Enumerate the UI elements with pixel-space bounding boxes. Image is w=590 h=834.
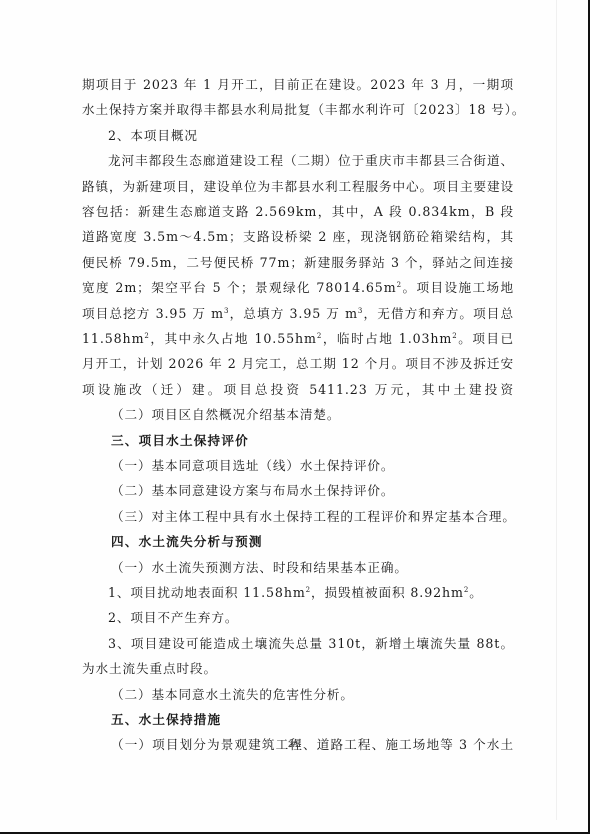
line-text: 2、项目不产生弃方。 — [108, 610, 238, 625]
line-text: 容包括：新建生态廊道支路 2.569km，其中，A 段 0.834km，B 段 … — [82, 204, 514, 220]
text-line: 项设施改（迁）建。项目总投资 5411.23 万元，其中土建投资 1245.18… — [82, 382, 514, 398]
text-line: 11.58hm2，其中永久占地 10.55hm2，临时占地 1.03hm2。项目… — [82, 331, 514, 347]
line-text: 便民桥 79.5m，二号便民桥 77m；新建服务驿站 3 个，驿站之间连接步道 … — [82, 255, 514, 271]
text-line: （二）基本同意水土流失的危害性分析。 — [111, 687, 514, 703]
line-text: 2、本项目概况 — [108, 128, 198, 143]
text-line: 龙河丰都段生态廊道建设工程（二期）位于重庆市丰都县三合街道、双 — [108, 153, 514, 169]
line-text: 1、项目扰动地表面积 11.58hm — [108, 585, 306, 600]
text-line: （一）基本同意项目选址（线）水土保持评价。 — [111, 458, 514, 474]
line-text: 项目总挖方 3.95 万 m — [82, 306, 224, 321]
line-text: 四、水土流失分析与预测 — [111, 534, 263, 549]
line-text: ，其中永久占地 10.55hm — [150, 331, 317, 346]
text-line: （二）项目区自然概况介绍基本清楚。 — [111, 407, 514, 423]
line-text: 龙河丰都段生态廊道建设工程（二期）位于重庆市丰都县三合街道、双 — [108, 153, 514, 169]
line-text: 。 — [469, 585, 483, 600]
line-text: 为水土流失重点时段。 — [82, 661, 217, 676]
line-text: （二）基本同意建设方案与布局水土保持评价。 — [111, 483, 394, 498]
line-text: ，损毁植被面积 8.92hm — [311, 585, 464, 600]
line-text: （二）基本同意水土流失的危害性分析。 — [111, 687, 354, 702]
text-line: 期项目于 2023 年 1 月开工，目前正在建设。2023 年 3 月，一期项目… — [82, 77, 514, 93]
line-text: 水土保持方案并取得丰都县水利局批复（丰都水利许可〔2023〕18 号）。 — [82, 102, 525, 117]
line-text: 五、水土保持措施 — [111, 712, 221, 727]
scan-artifact-line — [556, 0, 557, 820]
text-line: 容包括：新建生态廊道支路 2.569km，其中，A 段 0.834km，B 段 … — [82, 204, 514, 220]
line-text: ，临时占地 1.03hm — [322, 331, 452, 346]
line-text: 3、项目建设可能造成土壤流失总量 310t，新增土壤流失量 88t。施工期 — [108, 636, 514, 652]
line-text: （一）基本同意项目选址（线）水土保持评价。 — [111, 458, 394, 473]
text-line: 道路宽度 3.5m～4.5m；支路设桥梁 2 座，现浇钢筋砼箱梁结构，其中，一号 — [82, 229, 514, 245]
text-line: 路镇，为新建项目，建设单位为丰都县水利工程服务中心。项目主要建设内 — [82, 179, 514, 195]
line-text: 项设施改（迁）建。项目总投资 5411.23 万元，其中土建投资 1245.18… — [82, 382, 514, 398]
line-text: 宽度 2m；架空平台 5 个；景观绿化 78014.65m — [82, 280, 397, 295]
document-page: 期项目于 2023 年 1 月开工，目前正在建设。2023 年 3 月，一期项目… — [0, 0, 590, 834]
text-line: 3、项目建设可能造成土壤流失总量 310t，新增土壤流失量 88t。施工期 — [108, 636, 514, 652]
text-line: 便民桥 79.5m，二号便民桥 77m；新建服务驿站 3 个，驿站之间连接步道 … — [82, 255, 514, 271]
text-line: 宽度 2m；架空平台 5 个；景观绿化 78014.65m2。项目设施工场地 4… — [82, 280, 514, 296]
line-text: 三、项目水土保持评价 — [111, 433, 249, 448]
line-text: 道路宽度 3.5m～4.5m；支路设桥梁 2 座，现浇钢筋砼箱梁结构，其中，一号 — [82, 229, 514, 245]
section-heading: 四、水土流失分析与预测 — [111, 534, 514, 550]
line-text: （一）项目划分为景观建筑工程、道路工程、施工场地等 3 个水土流失 — [111, 737, 514, 753]
line-text: 11.58hm — [82, 331, 144, 346]
line-text: 期项目于 2023 年 1 月开工，目前正在建设。2023 年 3 月，一期项目… — [82, 77, 514, 93]
line-text: （二）项目区自然概况介绍基本清楚。 — [111, 407, 340, 422]
page-number: 2/5 — [288, 739, 301, 749]
line-text: （一）水土流失预测方法、时段和结果基本正确。 — [111, 560, 408, 575]
section-heading: 五、水土保持措施 — [111, 712, 514, 728]
text-line: 为水土流失重点时段。 — [82, 661, 514, 677]
text-line: 1、项目扰动地表面积 11.58hm2，损毁植被面积 8.92hm2。 — [108, 585, 514, 601]
text-line: （一）项目划分为景观建筑工程、道路工程、施工场地等 3 个水土流失 — [111, 737, 514, 753]
line-text: 路镇，为新建项目，建设单位为丰都县水利工程服务中心。项目主要建设内 — [82, 179, 514, 195]
section-heading: 三、项目水土保持评价 — [111, 433, 514, 449]
text-line: 2、本项目概况 — [108, 128, 514, 144]
text-line: 2、项目不产生弃方。 — [108, 610, 514, 626]
text-line: 水土保持方案并取得丰都县水利局批复（丰都水利许可〔2023〕18 号）。 — [82, 102, 514, 118]
line-text: ，总填方 3.95 万 m — [229, 306, 358, 321]
text-line: （三）对主体工程中具有水土保持工程的工程评价和界定基本合理。 — [111, 509, 514, 525]
text-line: 月开工，计划 2026 年 2 月完工，总工期 12 个月。项目不涉及拆迁安置及… — [82, 356, 514, 372]
text-line: 项目总挖方 3.95 万 m3，总填方 3.95 万 m3，无借方和弃方。项目总… — [82, 306, 514, 322]
line-text: （三）对主体工程中具有水土保持工程的工程评价和界定基本合理。 — [111, 509, 516, 524]
text-line: （二）基本同意建设方案与布局水土保持评价。 — [111, 483, 514, 499]
line-text: 月开工，计划 2026 年 2 月完工，总工期 12 个月。项目不涉及拆迁安置及… — [82, 356, 514, 372]
text-line: （一）水土流失预测方法、时段和结果基本正确。 — [111, 560, 514, 576]
